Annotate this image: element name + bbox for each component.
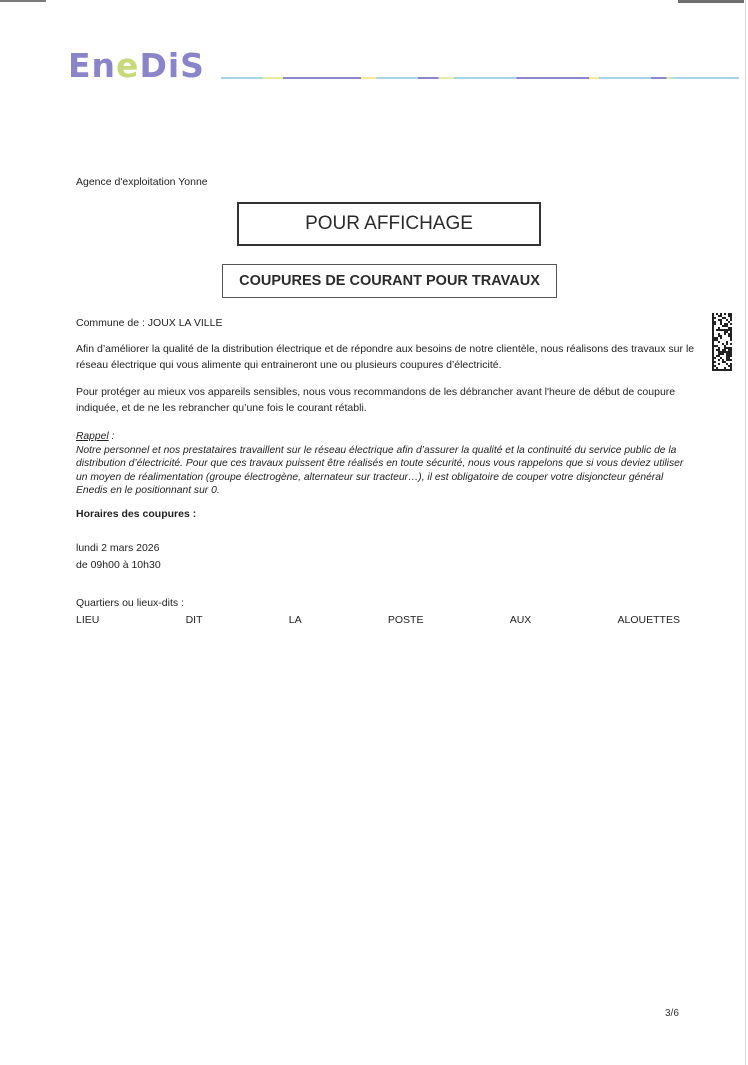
intro-paragraph: Afin d’améliorer la qualité de la distri…: [76, 341, 696, 373]
places-list: LIEU DIT LA POSTE AUX ALOUETTES: [76, 614, 680, 626]
scan-edge-top-right: [678, 0, 744, 3]
enedis-logo: EneDiS: [68, 46, 205, 86]
quartiers-title: Quartiers ou lieux-dits :: [76, 596, 184, 610]
logo-part-e: e: [116, 46, 139, 85]
scan-edge-top-left: [0, 0, 46, 2]
rappel-block: Rappel : Notre personnel et nos prestata…: [76, 430, 696, 498]
commune-line: Commune de : JOUX LA VILLE: [76, 316, 223, 330]
logo-part-en: En: [68, 46, 116, 85]
agency-label: Agence d'exploitation Yonne: [76, 175, 208, 189]
side-margin-code: [2, 745, 10, 870]
place-item: ALOUETTES: [618, 614, 680, 626]
place-item: AUX: [510, 614, 532, 626]
logo-rule-divider: [221, 77, 739, 79]
advice-paragraph: Pour protéger au mieux vos appareils sen…: [76, 384, 696, 416]
rappel-text: Notre personnel et nos prestataires trav…: [76, 444, 696, 498]
horaires-title: Horaires des coupures :: [76, 507, 196, 521]
logo-part-dis: DiS: [139, 46, 204, 85]
place-item: POSTE: [388, 614, 424, 626]
rappel-colon: :: [109, 431, 115, 442]
subtitle-text: COUPURES DE COURANT POUR TRAVAUX: [239, 273, 540, 289]
page-number: 3/6: [665, 1008, 679, 1019]
outage-date: lundi 2 mars 2026: [76, 541, 159, 555]
rappel-title: Rappel: [76, 431, 109, 442]
title-box-pour-affichage: POUR AFFICHAGE: [237, 202, 541, 246]
place-item: DIT: [186, 614, 203, 626]
place-item: LA: [289, 614, 302, 626]
place-item: LIEU: [76, 614, 99, 626]
scan-edge-right: [745, 0, 746, 1065]
outage-time-range: de 09h00 à 10h30: [76, 558, 161, 572]
subtitle-box-coupures: COUPURES DE COURANT POUR TRAVAUX: [222, 264, 557, 298]
title-text: POUR AFFICHAGE: [305, 213, 473, 235]
datamatrix-code-icon: [712, 313, 732, 371]
